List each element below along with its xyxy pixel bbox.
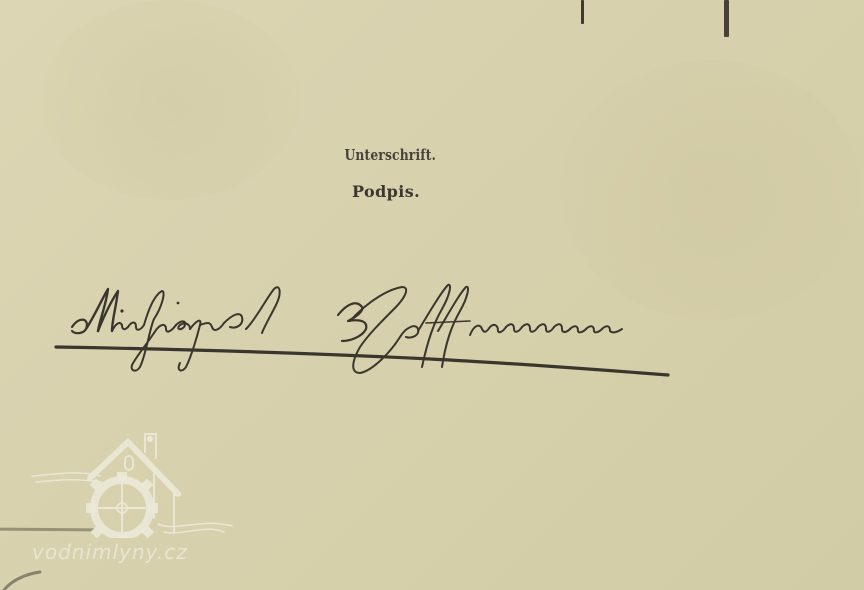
handwritten-signature: Michael Hoffmann	[50, 275, 690, 390]
signature-label-czech: Podpis.	[352, 182, 420, 201]
signature-label-german: Unterschrift.	[339, 146, 442, 164]
scanned-document-page: Unterschrift. Podpis. Michael Hoffmann	[0, 0, 864, 590]
watermark-text: vodnimlyny.cz	[32, 540, 188, 564]
form-rule-right	[724, 0, 729, 37]
paper-stain	[40, 0, 300, 200]
form-rule-left	[581, 0, 584, 24]
watermark: vodnimlyny.cz	[28, 428, 238, 578]
watermill-house-icon	[28, 428, 238, 538]
